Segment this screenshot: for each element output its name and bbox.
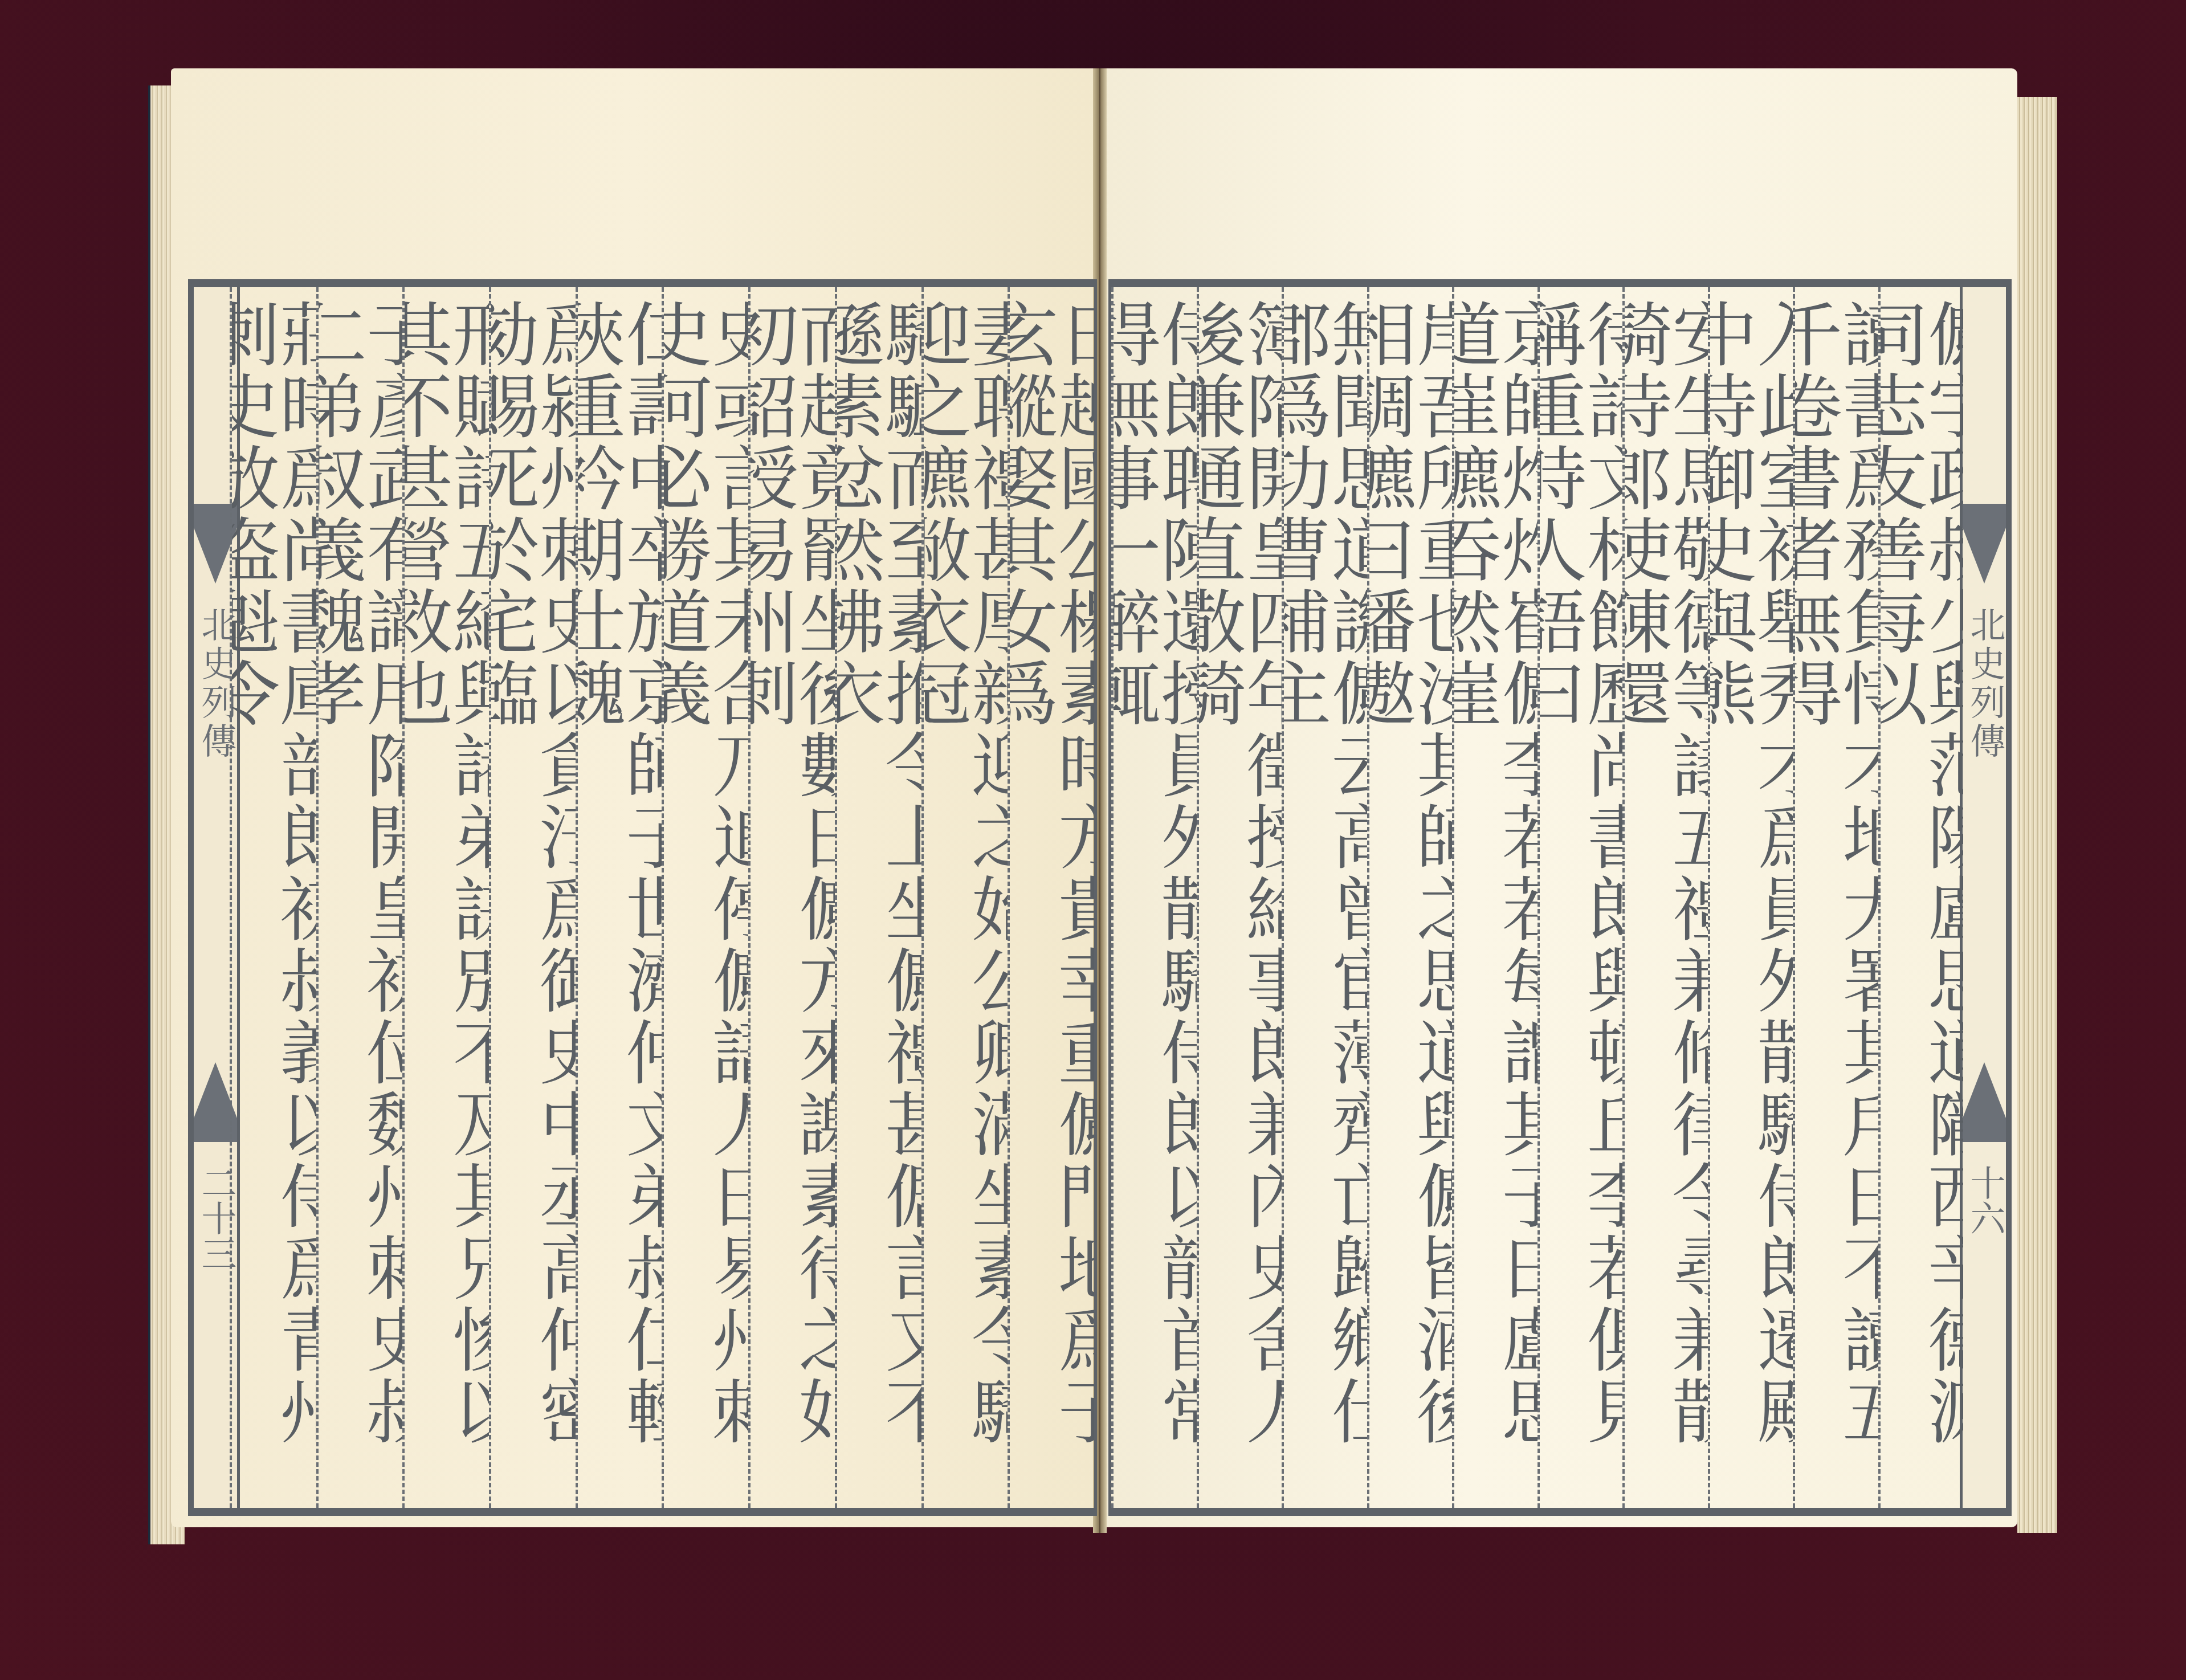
text-column: 子彥武有識用隋開皇初位魏州刺史叔仁弟叔義魏孝 — [316, 287, 403, 1508]
text-column: 讀書爲務負恃才地大署其戶曰不讀五千卷書者無得 — [1793, 287, 1878, 1508]
right-page-text-block: 北史列傳 十六 儦字政叔少與范陽盧思道隴西辛德源同志友善每以 讀書爲務負恃才地大… — [1108, 279, 2012, 1516]
book-fore-edge-right — [2017, 97, 2057, 1533]
left-page-columns: 日越國公楊素時方貴幸重儦門地爲子玄縱娶其女爲 妻聘禮甚厚親迎之始公卿滿坐素令騎迎… — [230, 287, 1094, 1508]
text-column: 侍郎聘陳還授員外散騎侍郎以龍首常得無事一醉輒 — [1111, 287, 1197, 1508]
text-column: 待詔文林館歷尚書郎與頓丘李若俱見稱重時人語曰 — [1537, 287, 1623, 1508]
text-column: 安生馬敬德等議五禮兼脩律令尋兼散騎侍郎使陳還 — [1622, 287, 1708, 1508]
fish-tail-bottom-icon — [1963, 1062, 2006, 1142]
text-column: 而起竟罷坐後數日儦方來謝素待之如初詔授易州刺 — [748, 287, 835, 1508]
centerfold-title: 北史列傳 — [197, 606, 234, 761]
centerfold-section: 二十三 — [197, 1165, 234, 1271]
text-column: 簿隋開皇四年徵授給事郎兼內史舍人後兼通直散騎 — [1197, 287, 1282, 1508]
text-column: 儦字政叔少與范陽盧思道隴西辛德源同志友善每以 — [1878, 287, 1964, 1508]
centerfold-title: 北史列傳 — [1966, 606, 2003, 761]
text-column: 仁壽中卒於京師子世濟仲文弟叔仁輕俠重衿期仕魏 — [576, 287, 662, 1508]
text-column: 史或言其未合乃追停儦語人曰易州刺史何必勝道義 — [662, 287, 748, 1508]
text-column: 無聞思道譏儦云高曾宦薄齊亡歸鄉仕郡爲功曹補主 — [1282, 287, 1367, 1508]
text-column: 妻聘禮甚厚親迎之始公卿滿坐素令騎迎之儦敝衣冠 — [921, 287, 1008, 1508]
text-column: 岸吾所重也汝其師之思道與儦皆酒後相調儦曰僠遨 — [1367, 287, 1453, 1508]
text-column: 入此室初舉秀才爲員外散騎侍郎遷殿中侍御史與熊 — [1708, 287, 1793, 1508]
text-column: 莊時爲尚書庫部郎初叔義以侍爲青州刺史放盜魁令 — [230, 287, 316, 1508]
right-centerfold-margin: 北史列傳 十六 — [1960, 287, 2009, 1508]
left-page-text-block: 北史列傳 二十三 日越國公楊素時方貴幸重儦門地爲子玄縱娶其女爲 妻聘禮甚厚親迎之… — [188, 279, 1097, 1516]
fish-tail-top-icon — [1963, 504, 2006, 584]
centerfold-page-number: 十六 — [1966, 1165, 2003, 1235]
text-column: 爲潁州刺史以貪汙爲御史中丞高仲密劾賜死於宅臨 — [489, 287, 576, 1508]
text-column: 騎驢而至素推令上坐儦禮甚倨言又不遜素忿然拂衣 — [835, 287, 921, 1508]
right-page-columns: 儦字政叔少與范陽盧思道隴西辛德源同志友善每以 讀書爲務負恃才地大署其戶曰不讀五千… — [1111, 287, 1963, 1508]
text-column: 日越國公楊素時方貴幸重儦門地爲子玄縱娶其女爲 — [1008, 287, 1094, 1508]
text-column: 京師灼灼崔儦李若若每謂其子曰盧思道崔儦吞然崖 — [1452, 287, 1537, 1508]
text-column: 刑賦詩五絕與諸弟訣別不及其兄悛以其不甚營救也 — [402, 287, 489, 1508]
